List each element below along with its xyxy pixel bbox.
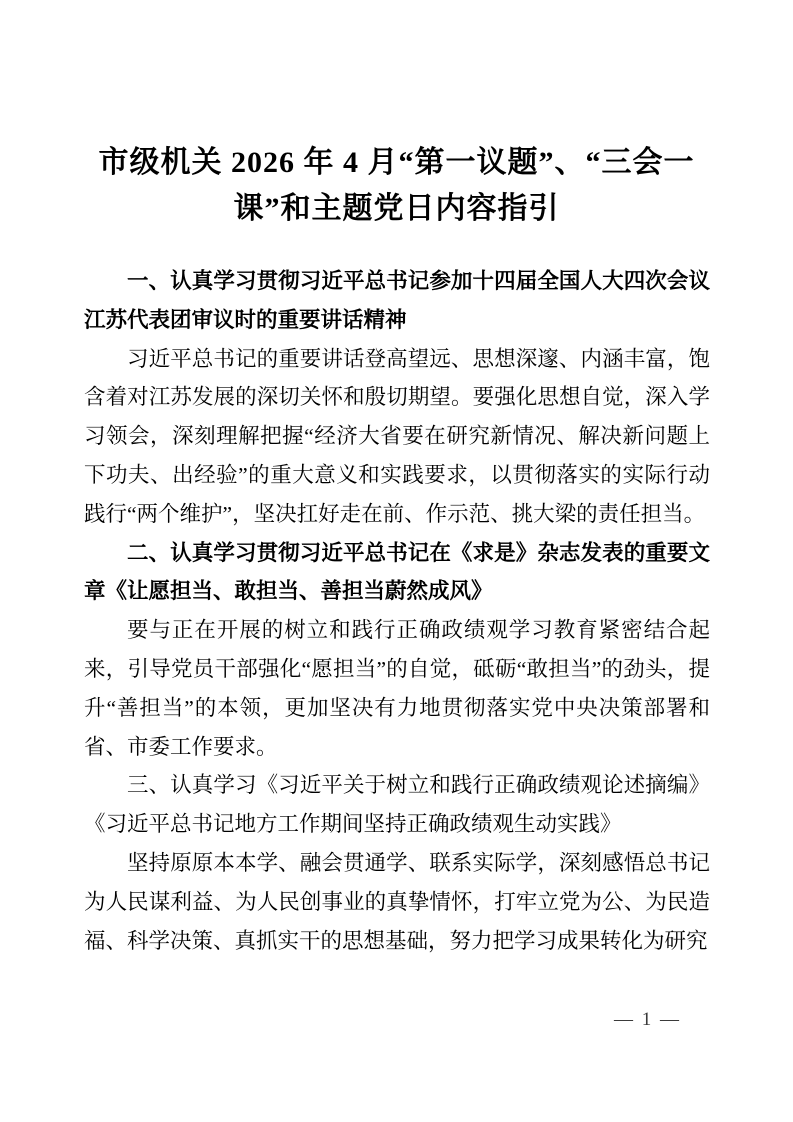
- page-number: — 1 —: [614, 1006, 681, 1034]
- section-3-heading: 三、认真学习《习近平关于树立和践行正确政绩观论述摘编》《习近平总书记地方工作期间…: [84, 766, 710, 844]
- document-title: 市级机关 2026 年 4 月“第一议题”、“三会一课”和主题党日内容指引: [80, 140, 713, 232]
- section-1-paragraph: 习近平总书记的重要讲话登高望远、思想深邃、内涵丰富，饱含着对江苏发展的深切关怀和…: [84, 340, 710, 534]
- document-body: 一、认真学习贯彻习近平总书记参加十四届全国人大四次会议江苏代表团审议时的重要讲话…: [84, 262, 710, 960]
- section-2-heading: 二、认真学习贯彻习近平总书记在《求是》杂志发表的重要文章《让愿担当、敢担当、善担…: [84, 534, 710, 612]
- section-2-paragraph: 要与正在开展的树立和践行正确政绩观学习教育紧密结合起来，引导党员干部强化“愿担当…: [84, 611, 710, 766]
- section-3-paragraph: 坚持原原本本学、融会贯通学、联系实际学，深刻感悟总书记为人民谋利益、为人民创事业…: [84, 844, 710, 960]
- document-page: 市级机关 2026 年 4 月“第一议题”、“三会一课”和主题党日内容指引 一、…: [0, 0, 793, 1122]
- section-1-heading: 一、认真学习贯彻习近平总书记参加十四届全国人大四次会议江苏代表团审议时的重要讲话…: [84, 262, 710, 340]
